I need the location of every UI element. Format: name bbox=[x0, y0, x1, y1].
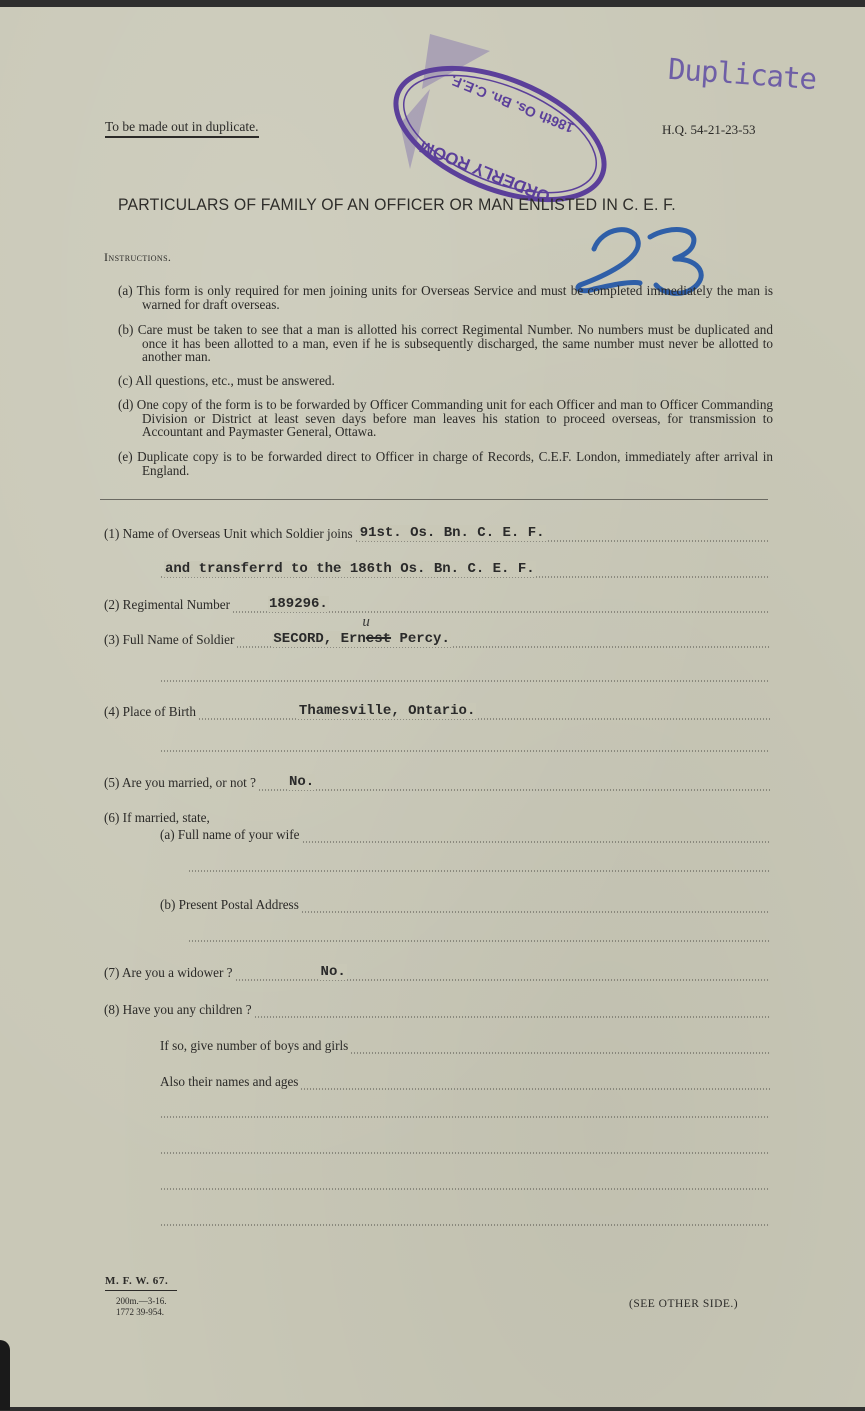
field-widower[interactable]: (7) Are you a widower ? No. bbox=[104, 961, 770, 981]
instruction-b: (b) Care must be taken to see that a man… bbox=[118, 323, 773, 364]
hq-reference: H.Q. 54-21-23-53 bbox=[662, 122, 756, 138]
married-value[interactable]: No. bbox=[288, 774, 315, 790]
field-overseas-unit-cont[interactable]: and transferrd to the 186th Os. Bn. C. E… bbox=[160, 558, 770, 578]
overseas-unit-value[interactable]: 91st. Os. Bn. C. E. F. bbox=[359, 525, 546, 541]
struck-text: est bbox=[366, 631, 391, 647]
field-full-name[interactable]: (3) Full Name of Soldier SECORD, Ernest … bbox=[104, 628, 770, 648]
instructions-heading: Instructions. bbox=[104, 250, 171, 265]
full-name-continuation-line[interactable] bbox=[160, 680, 770, 682]
field-wife-name[interactable]: (a) Full name of your wife bbox=[160, 823, 770, 843]
field-overseas-unit[interactable]: (1) Name of Overseas Unit which Soldier … bbox=[104, 522, 770, 542]
names-ages-line-2[interactable] bbox=[160, 1152, 770, 1154]
full-name-value[interactable]: SECORD, Ernest Percy. bbox=[272, 631, 450, 647]
field-regimental-number[interactable]: (2) Regimental Number 189296. bbox=[104, 593, 770, 613]
field-boys-girls[interactable]: If so, give number of boys and girls bbox=[160, 1034, 770, 1054]
form-code: M. F. W. 67. bbox=[105, 1275, 177, 1291]
field-children[interactable]: (8) Have you any children ? bbox=[104, 998, 770, 1018]
postal-address-continuation-line[interactable] bbox=[188, 940, 770, 942]
duplicate-stamp: Duplicate bbox=[667, 52, 817, 96]
field-married[interactable]: (5) Are you married, or not ? No. bbox=[104, 771, 770, 791]
place-of-birth-value[interactable]: Thamesville, Ontario. bbox=[298, 703, 476, 719]
made-out-note: To be made out in duplicate. bbox=[105, 119, 259, 138]
place-of-birth-continuation-line[interactable] bbox=[160, 750, 770, 752]
overseas-unit-transfer-value[interactable]: and transferrd to the 186th Os. Bn. C. E… bbox=[164, 561, 536, 577]
names-ages-line-3[interactable] bbox=[160, 1188, 770, 1190]
names-ages-line-4[interactable] bbox=[160, 1224, 770, 1226]
field-names-ages[interactable]: Also their names and ages bbox=[160, 1070, 770, 1090]
page-corner-shadow bbox=[0, 1340, 10, 1410]
see-other-side-note: (SEE OTHER SIDE.) bbox=[629, 1298, 738, 1310]
form-title: PARTICULARS OF FAMILY OF AN OFFICER OR M… bbox=[118, 195, 676, 215]
instruction-c: (c) All questions, etc., must be answere… bbox=[118, 374, 773, 388]
handwritten-correction: u bbox=[362, 614, 370, 631]
widower-value[interactable]: No. bbox=[320, 964, 347, 980]
instruction-d: (d) One copy of the form is to be forwar… bbox=[118, 398, 773, 439]
field-postal-address[interactable]: (b) Present Postal Address bbox=[160, 893, 770, 913]
section-divider bbox=[100, 499, 768, 500]
orderly-room-stamp: 186th Os. Bn. C.E.F. ORDERLY ROOM bbox=[380, 29, 620, 214]
field-place-of-birth[interactable]: (4) Place of Birth Thamesville, Ontario. bbox=[104, 700, 770, 720]
names-ages-line-1[interactable] bbox=[160, 1116, 770, 1118]
regimental-number-value[interactable]: 189296. bbox=[268, 596, 329, 612]
print-run-line-1: 200m.—3-16. bbox=[116, 1296, 167, 1306]
wife-name-continuation-line[interactable] bbox=[188, 870, 770, 872]
form-page: To be made out in duplicate. 186th Os. B… bbox=[0, 7, 865, 1407]
instruction-e: (e) Duplicate copy is to be forwarded di… bbox=[118, 450, 773, 477]
instruction-a: (a) This form is only required for men j… bbox=[118, 284, 773, 311]
print-run-line-2: 1772 39-954. bbox=[116, 1307, 164, 1317]
